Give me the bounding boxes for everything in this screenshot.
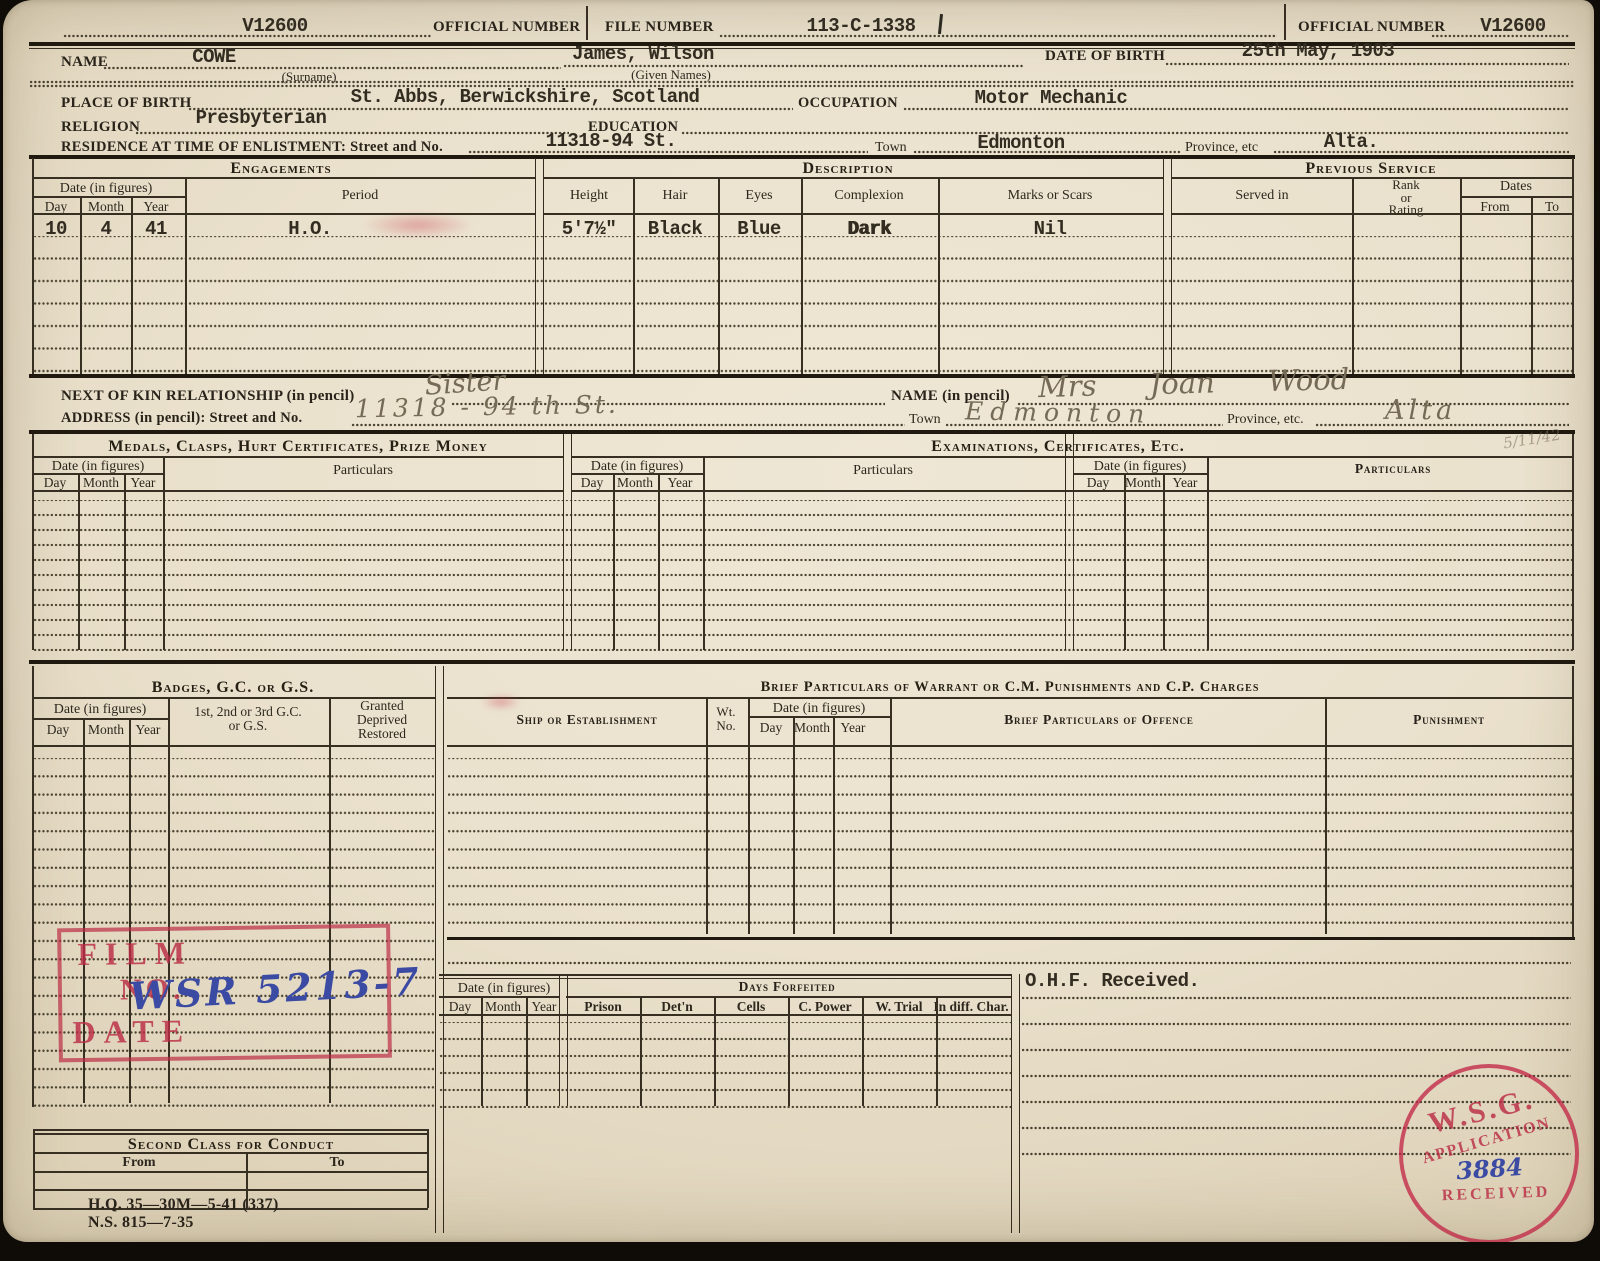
month-header: Month bbox=[88, 722, 124, 738]
day-header: Day bbox=[449, 999, 472, 1015]
date-of-birth-value: 25th May, 1903 bbox=[1242, 40, 1395, 62]
date-in-figures-header: Date (in figures) bbox=[54, 702, 147, 718]
column-divider bbox=[1011, 974, 1020, 1233]
c-power-header: C. Power bbox=[798, 999, 851, 1015]
description-title: Description bbox=[802, 160, 893, 178]
days-forfeited-title: Days Forfeited bbox=[739, 979, 836, 995]
column-divider bbox=[833, 716, 835, 934]
dotted-rule bbox=[945, 423, 1223, 427]
dotted-rule bbox=[29, 84, 1575, 88]
thick-rule bbox=[29, 660, 1575, 664]
header-divider bbox=[1284, 4, 1286, 40]
day-header: Day bbox=[581, 475, 604, 491]
place-of-birth-value: St. Abbs, Berwickshire, Scotland bbox=[351, 86, 700, 108]
dotted-rule bbox=[903, 107, 1569, 111]
particulars-header: Particulars bbox=[1355, 461, 1431, 477]
served-in-header: Served in bbox=[1235, 188, 1288, 204]
period-header: Period bbox=[342, 188, 379, 204]
dotted-rule bbox=[913, 150, 1181, 154]
column-divider bbox=[706, 697, 708, 934]
day-header: Day bbox=[44, 475, 67, 491]
previous-service-title: Previous Service bbox=[1305, 160, 1436, 178]
official-number-value-left: V12600 bbox=[242, 15, 307, 37]
detention-header: Det'n bbox=[661, 999, 693, 1015]
table-border bbox=[1572, 158, 1574, 374]
particulars-header: Particulars bbox=[333, 463, 393, 479]
dotted-rule bbox=[447, 961, 1571, 965]
dotted-rule bbox=[1021, 1022, 1571, 1026]
w-trial-header: W. Trial bbox=[875, 999, 922, 1015]
rule bbox=[439, 1014, 1011, 1016]
dotted-rule bbox=[1021, 1048, 1571, 1052]
nok-province-label: Province, etc. bbox=[1227, 412, 1304, 428]
wsg-stamp: W.S.G. APPLICATION 3884 RECEIVED bbox=[1385, 1050, 1594, 1242]
rule bbox=[571, 490, 1573, 492]
column-divider bbox=[1531, 196, 1533, 374]
dotted-rule bbox=[1165, 62, 1569, 66]
month-header: Month bbox=[617, 475, 653, 491]
form-number-line2: N.S. 815—7-35 bbox=[88, 1214, 194, 1232]
month-header: Month bbox=[794, 720, 830, 736]
dotted-rule bbox=[351, 423, 905, 427]
engagement-month: 4 bbox=[101, 218, 112, 240]
date-in-figures-header: Date (in figures) bbox=[60, 181, 153, 197]
rule bbox=[33, 196, 185, 198]
residence-value: 11318-94 St. bbox=[546, 130, 677, 152]
height-value: 5'7½" bbox=[562, 218, 617, 240]
dotted-rule bbox=[135, 131, 569, 135]
column-divider bbox=[793, 716, 795, 934]
ruled-rows bbox=[439, 1022, 1011, 1108]
thick-rule bbox=[447, 937, 1575, 940]
eyes-header: Eyes bbox=[745, 188, 772, 204]
rule bbox=[543, 177, 1163, 179]
rule bbox=[33, 1152, 428, 1154]
column-divider bbox=[788, 996, 790, 1106]
form-number-line1: H.Q. 35—30M—5-41 (337) bbox=[88, 1196, 279, 1214]
rule bbox=[33, 718, 168, 720]
day-header: Day bbox=[47, 722, 70, 738]
table-border bbox=[1572, 666, 1574, 937]
official-number-value-right: V12600 bbox=[1480, 15, 1545, 37]
table-border bbox=[32, 158, 34, 374]
column-divider bbox=[613, 473, 615, 650]
year-header: Year bbox=[1173, 475, 1198, 491]
column-divider bbox=[559, 974, 568, 1106]
badges-title: Badges, G.C. or G.S. bbox=[152, 679, 314, 697]
month-header: Month bbox=[83, 475, 119, 491]
table-border bbox=[32, 434, 34, 650]
name-label: NAME bbox=[61, 54, 108, 71]
nok-address-label: ADDRESS (in pencil): Street and No. bbox=[61, 410, 302, 427]
date-in-figures-header: Date (in figures) bbox=[458, 981, 551, 997]
warrant-title: Brief Particulars of Warrant or C.M. Pun… bbox=[761, 679, 1260, 696]
engagement-day: 10 bbox=[45, 218, 67, 240]
rule bbox=[748, 716, 890, 718]
year-header: Year bbox=[668, 475, 693, 491]
column-divider bbox=[1460, 177, 1462, 374]
complexion-value: Dark bbox=[847, 218, 891, 240]
rule bbox=[33, 745, 435, 747]
header-divider bbox=[586, 6, 588, 40]
date-in-figures-header: Date (in figures) bbox=[773, 701, 866, 717]
rule bbox=[439, 974, 1011, 976]
table-border bbox=[32, 666, 34, 1107]
rank-or-rating-header: Rank or Rating bbox=[1389, 179, 1424, 217]
ship-or-establishment-header: Ship or Establishment bbox=[517, 712, 658, 728]
ruled-rows bbox=[33, 500, 1573, 651]
rule bbox=[439, 978, 1011, 980]
column-divider bbox=[640, 996, 642, 1106]
column-divider bbox=[131, 196, 133, 374]
year-header: Year bbox=[841, 720, 866, 736]
column-divider bbox=[78, 473, 80, 650]
punishment-header: Punishment bbox=[1413, 712, 1485, 728]
granted-deprived-restored-header: Granted Deprived Restored bbox=[357, 699, 407, 741]
rule bbox=[571, 456, 1573, 458]
thick-rule bbox=[29, 430, 1575, 434]
nok-relationship-label: NEXT OF KIN RELATIONSHIP (in pencil) bbox=[61, 388, 355, 405]
column-divider bbox=[633, 177, 635, 374]
official-number-label-right: OFFICIAL NUMBER bbox=[1298, 19, 1445, 36]
engagement-period: H.O. bbox=[288, 218, 332, 240]
rule bbox=[33, 213, 535, 215]
column-divider bbox=[1124, 473, 1126, 650]
dotted-rule bbox=[1315, 423, 1569, 427]
column-divider bbox=[862, 996, 864, 1106]
column-divider bbox=[535, 158, 544, 374]
wsg-stamp-received-label: RECEIVED bbox=[1442, 1183, 1551, 1205]
in-diff-char-header: In diff. Char. bbox=[933, 999, 1008, 1015]
column-divider bbox=[1352, 177, 1354, 374]
warrant-number-header: Wt. No. bbox=[716, 705, 735, 733]
dotted-rule bbox=[719, 34, 1277, 38]
column-divider bbox=[1325, 697, 1327, 934]
column-divider bbox=[163, 456, 165, 650]
marks-value: Nil bbox=[1034, 218, 1067, 240]
cells-header: Cells bbox=[737, 999, 766, 1015]
column-divider bbox=[435, 666, 444, 1233]
column-divider bbox=[1163, 473, 1165, 650]
given-names-value: James, Wilson bbox=[572, 43, 714, 65]
eyes-value: Blue bbox=[737, 218, 781, 240]
file-number-value: 113-C-1338 bbox=[806, 15, 915, 37]
year-header: Year bbox=[532, 999, 557, 1015]
rule bbox=[33, 490, 563, 492]
occupation-label: OCCUPATION bbox=[798, 95, 898, 112]
column-divider bbox=[936, 996, 938, 1106]
rule bbox=[447, 745, 1573, 747]
offence-header: Brief Particulars of Offence bbox=[1004, 712, 1193, 728]
surname-value: COWE bbox=[192, 46, 236, 68]
rule bbox=[33, 456, 563, 458]
nok-town-label: Town bbox=[909, 412, 941, 428]
column-divider bbox=[563, 434, 572, 650]
hair-value: Black bbox=[648, 218, 703, 240]
religion-value: Presbyterian bbox=[196, 107, 327, 129]
wsg-stamp-number-handwritten: 3884 bbox=[1455, 1152, 1524, 1186]
religion-label: RELIGION bbox=[61, 119, 140, 136]
rule bbox=[33, 1129, 428, 1131]
rule bbox=[1460, 196, 1573, 198]
service-record-card: V12600 OFFICIAL NUMBER FILE NUMBER 113-C… bbox=[3, 0, 1594, 1242]
province-label: Province, etc bbox=[1185, 140, 1258, 156]
rule bbox=[33, 177, 535, 179]
rule bbox=[1171, 213, 1573, 215]
nok-address-value: 11318 - 94 th St. bbox=[355, 390, 619, 424]
column-divider bbox=[718, 177, 720, 374]
column-divider bbox=[658, 473, 660, 650]
column-divider bbox=[703, 456, 705, 650]
to-header: To bbox=[329, 1155, 344, 1171]
engagement-year: 41 bbox=[145, 218, 167, 240]
official-number-label-left: OFFICIAL NUMBER bbox=[433, 19, 580, 36]
film-stamp-film-label: FILM bbox=[77, 934, 193, 973]
engagements-title: Engagements bbox=[230, 160, 331, 178]
day-header: Day bbox=[760, 720, 783, 736]
dotted-rule bbox=[681, 131, 1569, 135]
day-header: Day bbox=[1087, 475, 1110, 491]
residence-label: RESIDENCE AT TIME OF ENLISTMENT: Street … bbox=[61, 139, 443, 156]
year-header: Year bbox=[136, 722, 161, 738]
particulars-header: Particulars bbox=[853, 463, 913, 479]
nok-province-value: Alta bbox=[1385, 395, 1456, 426]
occupation-value: Motor Mechanic bbox=[975, 87, 1128, 109]
ink-smudge bbox=[363, 212, 473, 238]
column-divider bbox=[185, 177, 187, 374]
ink-smudge bbox=[481, 694, 521, 710]
table-border bbox=[33, 1129, 35, 1208]
ruled-rows bbox=[447, 758, 1573, 934]
rule bbox=[543, 213, 1163, 215]
ruled-rows bbox=[33, 236, 1573, 374]
date-of-birth-label: DATE OF BIRTH bbox=[1045, 48, 1165, 65]
ohf-received-note: O.H.F. Received. bbox=[1025, 970, 1199, 992]
column-divider bbox=[1163, 158, 1172, 374]
dotted-rule bbox=[1021, 996, 1571, 1000]
year-header: Year bbox=[131, 475, 156, 491]
dates-header: Dates bbox=[1500, 179, 1532, 195]
rule bbox=[33, 1171, 428, 1173]
gc-class-header: 1st, 2nd or 3rd G.C. or G.S. bbox=[194, 705, 302, 733]
column-divider bbox=[890, 697, 892, 934]
rule bbox=[33, 1133, 428, 1135]
column-divider bbox=[938, 177, 940, 374]
file-number-label: FILE NUMBER bbox=[605, 19, 714, 36]
from-header: From bbox=[122, 1155, 155, 1171]
marks-header: Marks or Scars bbox=[1008, 188, 1093, 204]
examinations-title: Examinations, Certificates, Etc. bbox=[931, 438, 1184, 456]
height-header: Height bbox=[570, 188, 608, 204]
rule bbox=[447, 697, 1573, 699]
town-label: Town bbox=[875, 140, 907, 156]
table-border bbox=[427, 1129, 429, 1208]
hair-header: Hair bbox=[663, 188, 688, 204]
table-border bbox=[1572, 434, 1574, 650]
column-divider bbox=[526, 996, 528, 1106]
column-divider bbox=[80, 196, 82, 374]
dotted-rule bbox=[1273, 150, 1569, 154]
complexion-header: Complexion bbox=[834, 188, 903, 204]
column-divider bbox=[481, 996, 483, 1106]
column-divider bbox=[124, 473, 126, 650]
column-divider bbox=[714, 996, 716, 1106]
place-of-birth-label: PLACE OF BIRTH bbox=[61, 95, 192, 112]
column-divider bbox=[748, 697, 750, 934]
rule bbox=[439, 996, 560, 998]
rule bbox=[33, 1189, 428, 1191]
dotted-rule bbox=[468, 150, 868, 154]
month-header: Month bbox=[485, 999, 521, 1015]
column-divider bbox=[1207, 456, 1209, 650]
medals-title: Medals, Clasps, Hurt Certificates, Prize… bbox=[108, 438, 487, 456]
prison-header: Prison bbox=[584, 999, 622, 1015]
column-divider bbox=[1065, 434, 1074, 650]
thick-rule bbox=[29, 155, 1575, 159]
column-divider bbox=[801, 177, 803, 374]
month-header: Month bbox=[1125, 475, 1161, 491]
ink-mark bbox=[938, 14, 943, 34]
